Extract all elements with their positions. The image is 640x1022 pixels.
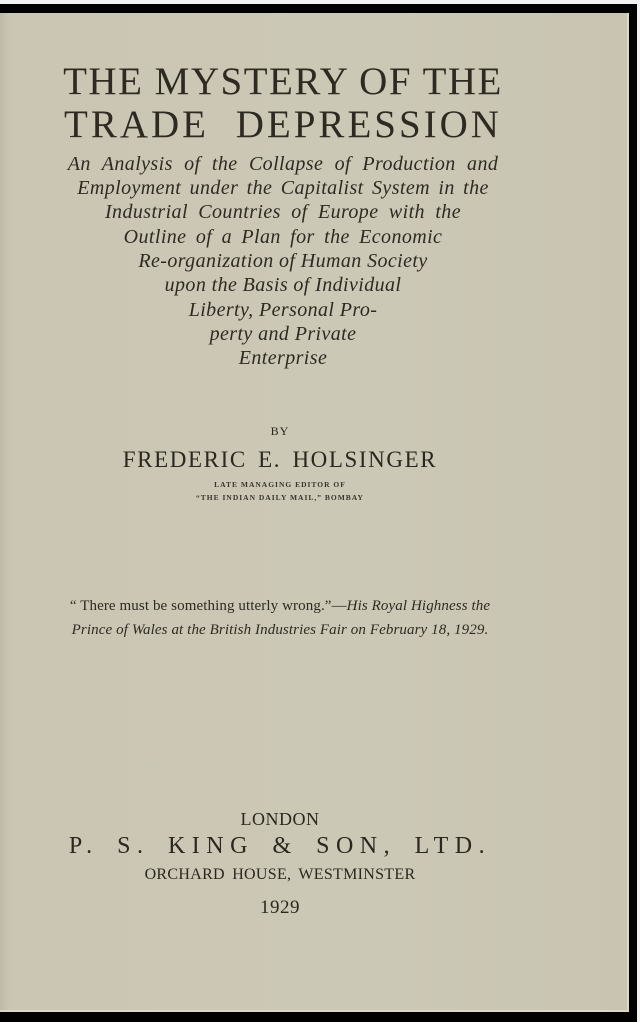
author-name: FREDERIC E. HOLSINGER [0, 447, 560, 473]
epigraph-attribution-2: Prince of Wales at the British Industrie… [0, 622, 560, 639]
subtitle-line: Liberty, Personal Pro- [3, 299, 563, 322]
subtitle-line: Enterprise [3, 347, 563, 370]
imprint-address: ORCHARD HOUSE, WESTMINSTER [0, 866, 560, 884]
author-credential-line-2: “THE INDIAN DAILY MAIL,” BOMBAY [0, 493, 560, 502]
epigraph-dash: — [332, 598, 347, 614]
title-page: THE MYSTERY OF THE TRADE DEPRESSION An A… [0, 13, 629, 1012]
imprint-city: LONDON [0, 809, 560, 830]
subtitle-line: Employment under the Capitalist System i… [3, 177, 563, 200]
imprint-year: 1929 [0, 897, 560, 919]
subtitle-line: Outline of a Plan for the Economic [3, 226, 563, 249]
subtitle-line: Re-organization of Human Society [3, 250, 563, 273]
subtitle-line: Industrial Countries of Europe with the [3, 201, 563, 224]
subtitle-line: upon the Basis of Individual [3, 274, 563, 297]
by-label: BY [0, 424, 560, 439]
epigraph-attribution-1: His Royal Highness the [347, 598, 490, 614]
epigraph-quote: “ There must be something utterly wrong.… [70, 598, 332, 614]
epigraph-line-1: “ There must be something utterly wrong.… [0, 598, 560, 615]
author-credential-line-1: LATE MANAGING EDITOR OF [0, 480, 560, 489]
subtitle-line: An Analysis of the Collapse of Productio… [3, 153, 563, 176]
book-title-line-1: THE MYSTERY OF THE [3, 59, 563, 104]
book-title-line-2: TRADE DEPRESSION [3, 102, 563, 147]
imprint-publisher: P. S. KING & SON, LTD. [0, 833, 560, 860]
subtitle-line: perty and Private [3, 323, 563, 346]
